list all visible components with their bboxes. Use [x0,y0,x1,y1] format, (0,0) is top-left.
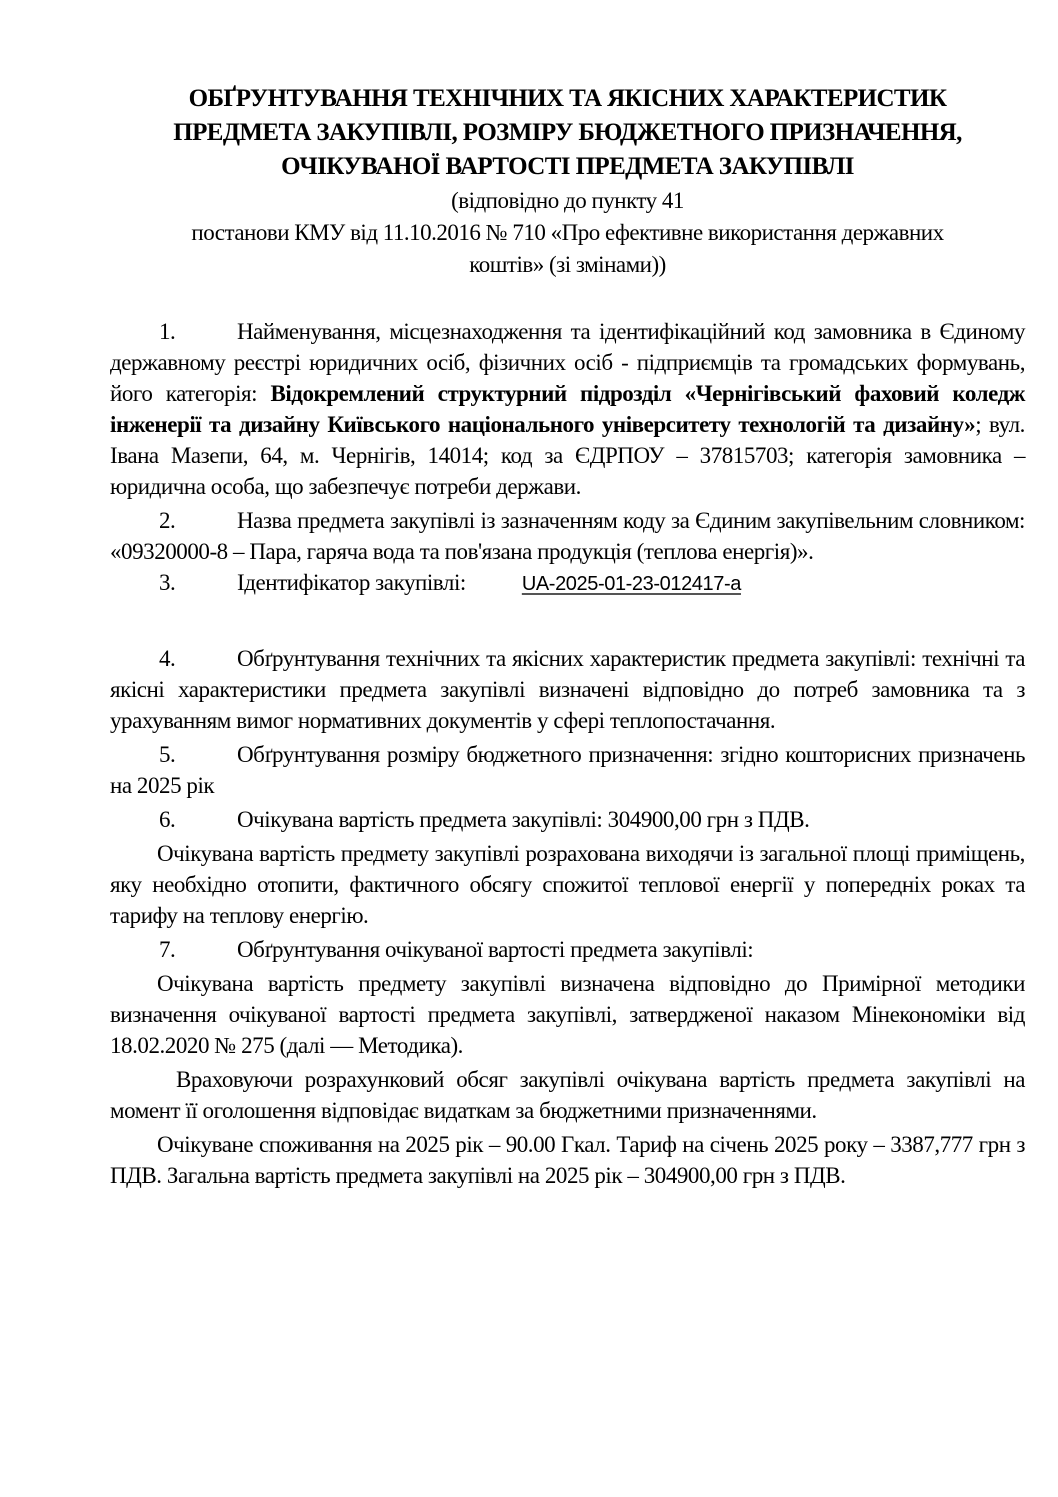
section-number: 4. [159,643,237,674]
document-title: ОБҐРУНТУВАННЯ ТЕХНІЧНИХ ТА ЯКІСНИХ ХАРАК… [110,82,1025,184]
section-2: 2.Назва предмета закупівлі із зазначення… [110,505,1025,567]
section-number: 1. [159,316,237,347]
section-1: 1.Найменування, місцезнаходження та іден… [110,316,1025,502]
title-line: ОЧІКУВАНОЇ ВАРТОСТІ ПРЕДМЕТА ЗАКУПІВЛІ [110,150,1025,184]
section-6-note: Очікувана вартість предмету закупівлі ро… [110,838,1025,931]
section-2-text: Назва предмета закупівлі із зазначенням … [110,508,1025,564]
procurement-identifier-link[interactable]: UA-2025-01-23-012417-a [522,573,741,595]
section-7-paragraph: Очікуване споживання на 2025 рік – 90.00… [110,1129,1025,1191]
section-4-text: Обґрунтування технічних та якісних харак… [110,646,1025,733]
section-number: 6. [159,804,237,835]
section-5: 5.Обґрунтування розміру бюджетного призн… [110,739,1025,801]
section-number: 7. [159,934,237,965]
section-7-paragraph: Враховуючи розрахунковий обсяг закупівлі… [110,1064,1025,1126]
document-subtitle: (відповідно до пункту 41 постанови КМУ в… [110,185,1025,280]
section-6: 6.Очікувана вартість предмета закупівлі:… [110,804,1025,835]
section-3: 3.Ідентифікатор закупівлі:UA-2025-01-23-… [110,567,1025,600]
section-3-label: Ідентифікатор закупівлі: [237,570,466,595]
document-page: ОБҐРУНТУВАННЯ ТЕХНІЧНИХ ТА ЯКІСНИХ ХАРАК… [110,82,1025,1191]
title-line: ПРЕДМЕТА ЗАКУПІВЛІ, РОЗМІРУ БЮДЖЕТНОГО П… [110,116,1025,150]
section-number: 5. [159,739,237,770]
subtitle-line: постанови КМУ від 11.10.2016 № 710 «Про … [110,217,1025,248]
title-line: ОБҐРУНТУВАННЯ ТЕХНІЧНИХ ТА ЯКІСНИХ ХАРАК… [110,82,1025,116]
section-number: 2. [159,505,237,536]
section-6-text: Очікувана вартість предмета закупівлі: 3… [237,807,809,832]
section-7-paragraph: Очікувана вартість предмету закупівлі ви… [110,968,1025,1061]
section-5-text: Обґрунтування розміру бюджетного признач… [110,742,1025,798]
section-7: 7.Обґрунтування очікуваної вартості пред… [110,934,1025,965]
section-4: 4.Обґрунтування технічних та якісних хар… [110,643,1025,736]
subtitle-line: (відповідно до пункту 41 [110,185,1025,216]
section-7-text: Обґрунтування очікуваної вартості предме… [237,937,753,962]
subtitle-line: коштів» (зі змінами)) [110,249,1025,280]
section-number: 3. [159,567,237,598]
